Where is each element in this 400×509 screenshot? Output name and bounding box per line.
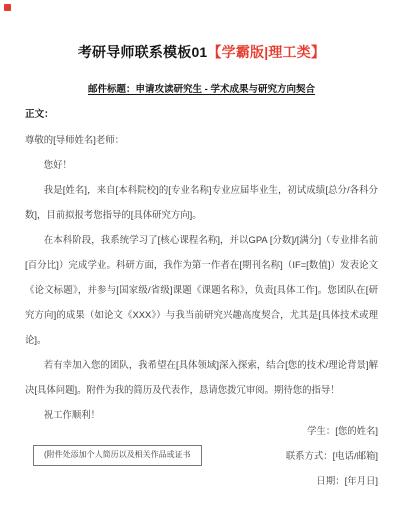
attachment-note-box: (附件处添加个人简历以及相关作品或证书 [33, 445, 202, 465]
red-corner-mark [4, 4, 11, 11]
paragraph-request: 若有幸加入您的团队，我希望在[具体领域]深入探索，结合[您的技术/理论背景]解决… [25, 352, 378, 402]
signature-contact: 联系方式：[电话/邮箱] [286, 443, 378, 468]
paragraph-greeting: 您好！ [25, 152, 378, 177]
page-title: 考研导师联系模板01【学霸版|理工类】 [25, 40, 378, 65]
page-title-main: 考研导师联系模板01 [78, 44, 208, 60]
document-page: 考研导师联系模板01【学霸版|理工类】 邮件标题：申请攻读研究生 - 学术成果与… [0, 0, 400, 509]
paragraph-self-intro: 我是[姓名]，来自[本科院校]的[专业名称]专业应届毕业生，初试成绩[总分/各科… [25, 177, 378, 227]
email-subject-line: 邮件标题：申请攻读研究生 - 学术成果与研究方向契合 [25, 77, 378, 102]
signature-contact-row: (附件处添加个人简历以及相关作品或证书 联系方式：[电话/邮箱] [25, 443, 378, 468]
body-label: 正文： [25, 102, 378, 127]
salutation: 尊敬的[导师姓名]老师： [25, 127, 378, 152]
signature-block: 学生：[您的姓名] (附件处添加个人简历以及相关作品或证书 联系方式：[电话/邮… [25, 418, 378, 493]
signature-date: 日期：[年月日] [25, 468, 378, 493]
page-title-tag: 【学霸版|理工类】 [207, 44, 325, 60]
paragraph-academic-achievements: 在本科阶段，我系统学习了[核心课程名称]，并以GPA [分数]/[满分]（专业排… [25, 227, 378, 352]
